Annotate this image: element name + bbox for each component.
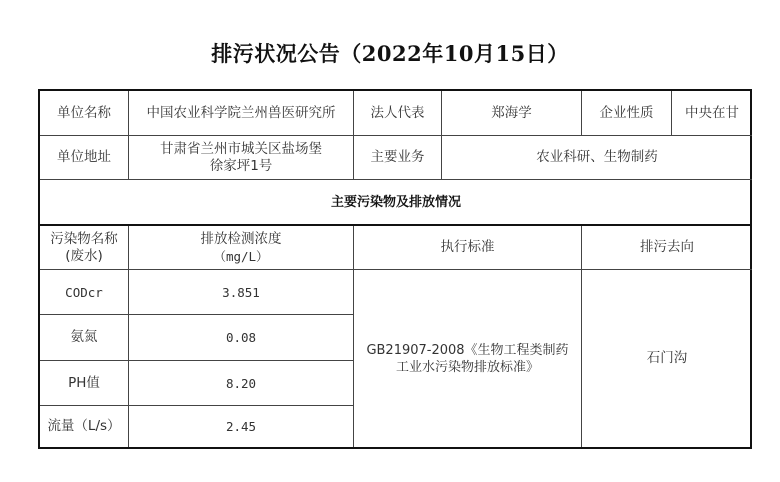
header-pollutant-name: 污染物名称 (废水): [40, 226, 129, 270]
standard-value: GB21907-2008《生物工程类制药 工业水污染物排放标准》: [354, 270, 582, 447]
pollutant-name-codcr: CODcr: [40, 270, 129, 315]
header-pollutant-name-line-2: (废水): [65, 248, 103, 265]
pollutant-name-ammonia: 氨氮: [40, 315, 129, 361]
enterprise-type-label: 企业性质: [582, 91, 672, 136]
standard-line-2: 工业水污染物排放标准》: [396, 359, 539, 376]
header-concentration: 排放检测浓度 （mg/L）: [129, 226, 354, 270]
standard-line-1: GB21907-2008《生物工程类制药: [366, 342, 568, 359]
address-label: 单位地址: [40, 136, 129, 180]
pollutant-value-flow: 2.45: [129, 406, 354, 447]
legal-rep-value: 郑海学: [442, 91, 582, 136]
header-standard: 执行标准: [354, 226, 582, 270]
page-title: 排污状况公告（2022年10月15日）: [0, 38, 780, 68]
destination-value: 石门沟: [582, 270, 752, 447]
pollutant-name-flow: 流量（L/s）: [40, 406, 129, 447]
section-title: 主要污染物及排放情况: [40, 180, 752, 226]
business-value: 农业科研、生物制药: [442, 136, 752, 180]
header-destination: 排污去向: [582, 226, 752, 270]
pollutant-value-ammonia: 0.08: [129, 315, 354, 361]
address-line-1: 甘肃省兰州市城关区盐场堡: [160, 141, 322, 158]
enterprise-type-value: 中央在甘: [672, 91, 752, 136]
address-line-2: 徐家坪1号: [210, 158, 273, 175]
header-concentration-line-1: 排放检测浓度: [201, 231, 282, 248]
business-label: 主要业务: [354, 136, 442, 180]
legal-rep-label: 法人代表: [354, 91, 442, 136]
pollutant-name-ph: PH值: [40, 361, 129, 406]
discharge-table: 单位名称 中国农业科学院兰州兽医研究所 法人代表 郑海学 企业性质 中央在甘 单…: [38, 89, 752, 449]
unit-name-label: 单位名称: [40, 91, 129, 136]
header-concentration-line-2: （mg/L）: [213, 248, 268, 265]
pollutant-value-ph: 8.20: [129, 361, 354, 406]
address-value: 甘肃省兰州市城关区盐场堡 徐家坪1号: [129, 136, 354, 180]
unit-name-value: 中国农业科学院兰州兽医研究所: [129, 91, 354, 136]
header-pollutant-name-line-1: 污染物名称: [50, 231, 118, 248]
pollutant-value-codcr: 3.851: [129, 270, 354, 315]
